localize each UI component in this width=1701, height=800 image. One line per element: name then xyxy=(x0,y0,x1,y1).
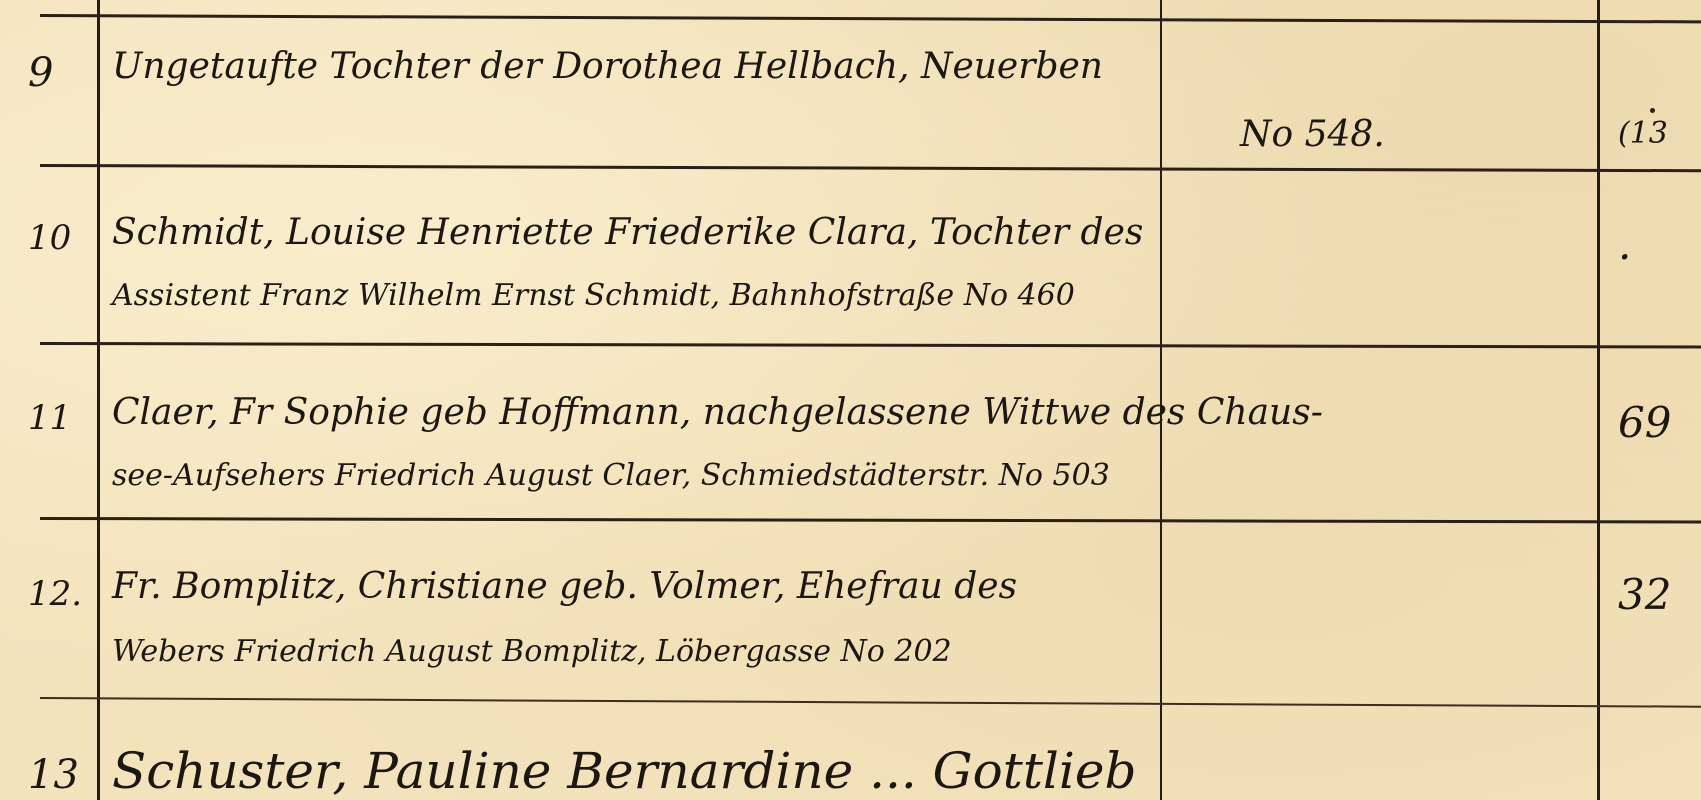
entry-line-2: Assistent Franz Wilhelm Ernst Schmidt, B… xyxy=(112,278,1075,313)
row-rule xyxy=(40,164,1701,172)
row-rule xyxy=(40,517,1701,523)
margin-number: (13 xyxy=(1618,116,1668,151)
entry-number: 10 xyxy=(28,218,71,258)
margin-number: 32 xyxy=(1618,570,1671,619)
entry-line-1: Ungetaufte Tochter der Dorothea Hellbach… xyxy=(112,46,1103,87)
entry-line-1: Schuster, Pauline Bernardine ... Gottlie… xyxy=(112,742,1137,800)
entry-number: 13 xyxy=(28,752,79,798)
entry-number: 11 xyxy=(28,398,71,438)
ink-mark xyxy=(1650,108,1655,113)
entry-line-1: Schmidt, Louise Henriette Friederike Cla… xyxy=(112,212,1143,253)
entry-line-1: Claer, Fr Sophie geb Hoffmann, nachgelas… xyxy=(112,392,1323,433)
margin-number: . xyxy=(1618,220,1631,269)
entry-line-2: No 548. xyxy=(1240,114,1385,155)
row-rule xyxy=(40,697,1701,708)
column-divider-number xyxy=(97,0,100,800)
entry-number: 12. xyxy=(28,574,82,614)
column-divider-margin xyxy=(1597,0,1600,800)
entry-line-1: Fr. Bomplitz, Christiane geb. Volmer, Eh… xyxy=(112,566,1017,607)
entry-number: 9 xyxy=(28,50,53,96)
row-rule xyxy=(40,342,1701,348)
margin-number: 69 xyxy=(1618,398,1671,447)
entry-line-2: Webers Friedrich August Bomplitz, Löberg… xyxy=(112,634,952,669)
register-page: 9 Ungetaufte Tochter der Dorothea Hellba… xyxy=(0,0,1701,800)
entry-line-2: see-Aufsehers Friedrich August Claer, Sc… xyxy=(112,458,1110,493)
row-rule xyxy=(40,14,1701,23)
